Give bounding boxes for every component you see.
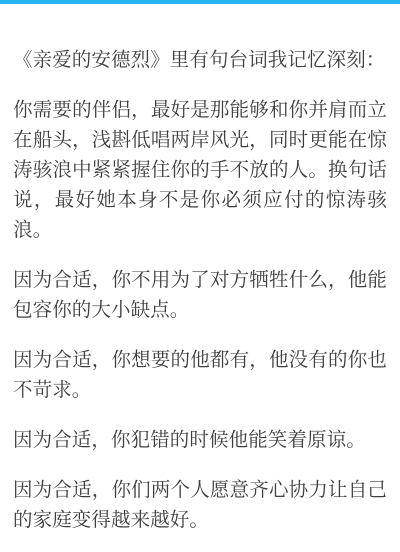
article-paragraph: 因为合适，你想要的他都有，他没有的你也不苛求。 [13, 345, 387, 405]
article-paragraph: 因为合适，你犯错的时候他能笑着原谅。 [13, 425, 387, 455]
article-body: 《亲爱的安德烈》里有句台词我记忆深刻：你需要的伴侣，最好是那能够和你并肩而立在船… [0, 4, 400, 535]
article-paragraph: 你需要的伴侣，最好是那能够和你并肩而立在船头，浅斟低唱两岸风光，同时更能在惊涛骇… [13, 95, 387, 245]
article-paragraph: 因为合适，你们两个人愿意齐心协力让自己的家庭变得越来越好。 [13, 475, 387, 535]
article-paragraph: 因为合适，你不用为了对方牺牲什么，他能包容你的大小缺点。 [13, 265, 387, 325]
article-intro-line: 《亲爱的安德烈》里有句台词我记忆深刻： [13, 45, 387, 75]
